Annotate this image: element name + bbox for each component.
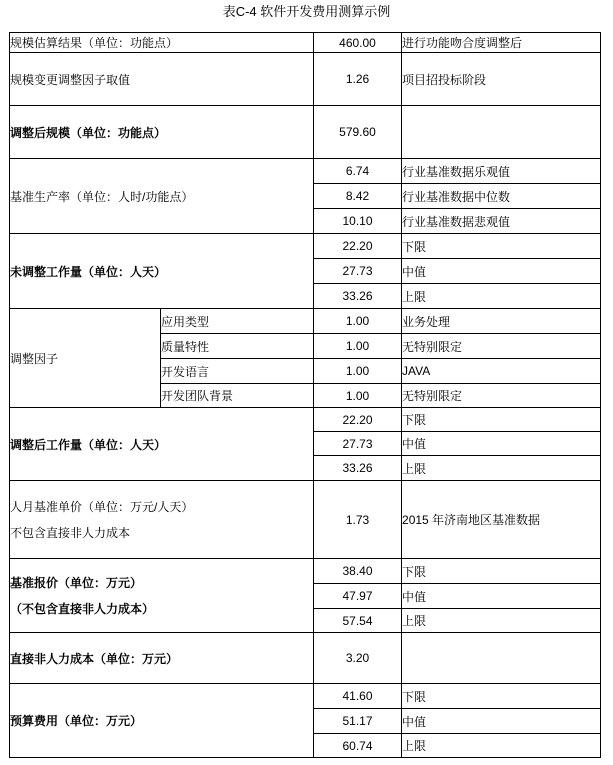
row-note: JAVA [402,359,601,384]
row-value: 51.17 [314,709,402,734]
row-value: 1.26 [314,53,402,106]
table-row: 人月基准单价（单位：万元/人天） 不包含直接非人力成本 1.73 2015 年济… [10,481,601,559]
table-row: 预算费用（单位：万元） 41.60 下限 [10,684,601,709]
row-value: 22.20 [314,408,402,432]
row-label: 直接非人力成本（单位：万元） [10,633,314,684]
row-value: 460.00 [314,33,402,53]
row-label: 未调整工作量（单位：人天） [10,234,314,309]
row-note: 上限 [402,609,601,633]
table-row: 规模估算结果（单位：功能点） 460.00 进行功能吻合度调整后 [10,33,601,53]
row-note: 中值 [402,432,601,456]
row-note: 上限 [402,734,601,758]
row-note [402,106,601,159]
row-label: 规模估算结果（单位：功能点） [10,33,314,53]
row-value: 33.26 [314,284,402,309]
row-note: 项目招投标阶段 [402,53,601,106]
row-note: 行业基准数据中位数 [402,184,601,209]
table-row: 调整后规模（单位：功能点） 579.60 [10,106,601,159]
row-label: 基准生产率（单位：人时/功能点） [10,159,314,234]
cost-table: 规模估算结果（单位：功能点） 460.00 进行功能吻合度调整后 规模变更调整因… [9,32,601,758]
row-note: 中值 [402,584,601,609]
row-note: 上限 [402,456,601,481]
row-note: 下限 [402,234,601,259]
row-label: 预算费用（单位：万元） [10,684,314,758]
row-value: 1.00 [314,309,402,334]
row-value: 1.00 [314,359,402,384]
row-note: 下限 [402,408,601,432]
row-value: 27.73 [314,432,402,456]
row-note: 上限 [402,284,601,309]
row-note: 中值 [402,709,601,734]
row-value: 41.60 [314,684,402,709]
row-note: 2015 年济南地区基准数据 [402,481,601,559]
row-value: 33.26 [314,456,402,481]
row-label: 调整后规模（单位：功能点） [10,106,314,159]
row-value: 60.74 [314,734,402,758]
table-row: 基准报价（单位：万元） （不包含直接非人力成本） 38.40 下限 [10,559,601,584]
row-label: 人月基准单价（单位：万元/人天） 不包含直接非人力成本 [10,481,314,559]
row-value: 22.20 [314,234,402,259]
table-row: 直接非人力成本（单位：万元） 3.20 [10,633,601,684]
row-label-line2: 不包含直接非人力成本 [10,520,313,546]
row-note [402,633,601,684]
row-note: 行业基准数据悲观值 [402,209,601,234]
row-note: 下限 [402,684,601,709]
row-value: 1.73 [314,481,402,559]
row-value: 47.97 [314,584,402,609]
row-label: 规模变更调整因子取值 [10,53,314,106]
row-label: 调整因子 [10,309,161,408]
row-value: 1.00 [314,384,402,408]
factor-name: 开发语言 [161,359,314,384]
row-note: 行业基准数据乐观值 [402,159,601,184]
row-label: 基准报价（单位：万元） （不包含直接非人力成本） [10,559,314,633]
row-value: 38.40 [314,559,402,584]
table-row: 规模变更调整因子取值 1.26 项目招投标阶段 [10,53,601,106]
row-note: 业务处理 [402,309,601,334]
row-value: 1.00 [314,334,402,359]
row-note: 无特别限定 [402,334,601,359]
table-row: 未调整工作量（单位：人天） 22.20 下限 [10,234,601,259]
row-value: 3.20 [314,633,402,684]
row-value: 579.60 [314,106,402,159]
row-value: 10.10 [314,209,402,234]
row-note: 中值 [402,259,601,284]
table-row: 调整后工作量（单位：人天） 22.20 下限 [10,408,601,432]
row-value: 27.73 [314,259,402,284]
row-value: 57.54 [314,609,402,633]
factor-name: 质量特性 [161,334,314,359]
row-note: 进行功能吻合度调整后 [402,33,601,53]
row-label-line1: 基准报价（单位：万元） [10,570,313,596]
row-label: 调整后工作量（单位：人天） [10,408,314,481]
page-title: 表C-4 软件开发费用测算示例 [0,3,613,21]
factor-name: 应用类型 [161,309,314,334]
row-value: 8.42 [314,184,402,209]
row-value: 6.74 [314,159,402,184]
row-note: 无特别限定 [402,384,601,408]
row-label-line2: （不包含直接非人力成本） [10,596,313,622]
table-row: 基准生产率（单位：人时/功能点） 6.74 行业基准数据乐观值 [10,159,601,184]
row-label-line1: 人月基准单价（单位：万元/人天） [10,494,313,520]
factor-name: 开发团队背景 [161,384,314,408]
table-row: 调整因子 应用类型 1.00 业务处理 [10,309,601,334]
row-note: 下限 [402,559,601,584]
